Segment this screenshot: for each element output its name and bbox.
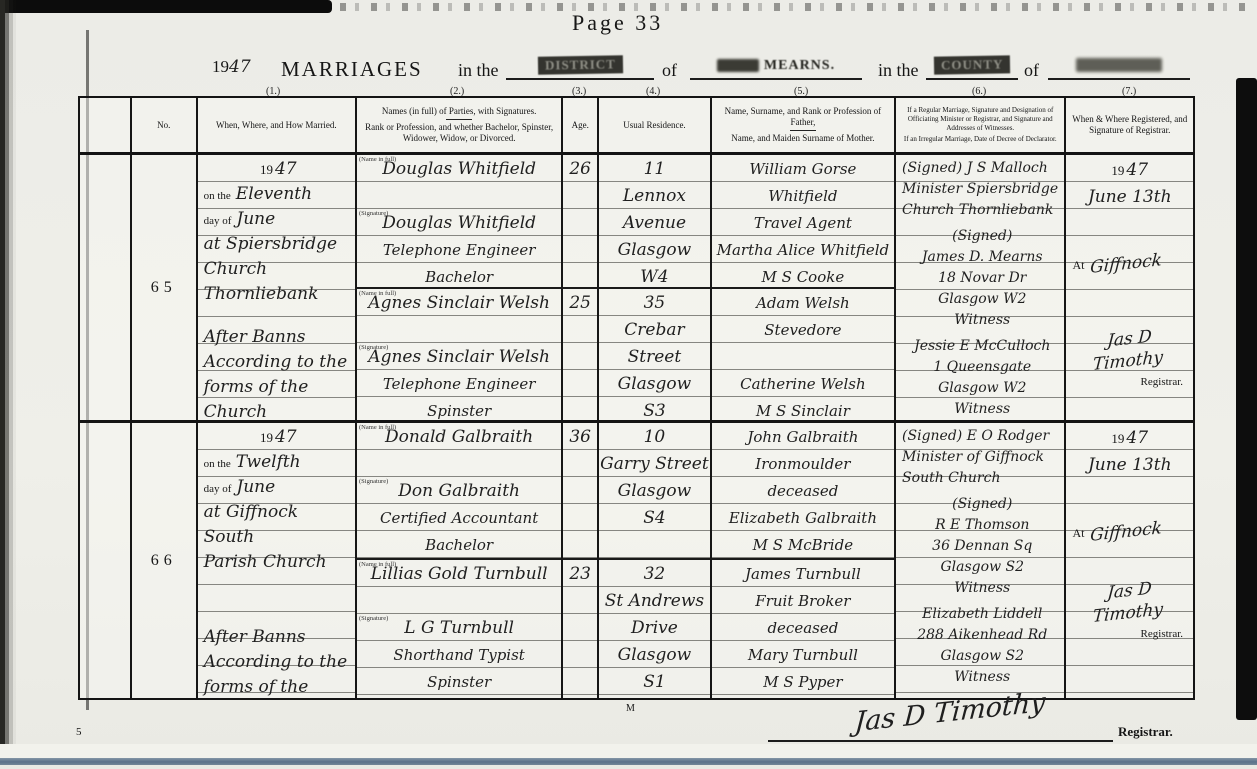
header-names-line1: Names (in full) of Parties, with Signatu… <box>382 106 536 117</box>
title-county-name-smudge <box>1076 58 1162 72</box>
year-prefix-printed: 19 <box>260 430 273 445</box>
bride-signature-line: (Signature)Agnes Sinclair Welsh <box>357 344 561 371</box>
registration-place-handwriting: Giffnock <box>1090 515 1164 550</box>
registrar-signature-handwriting: Jas D Timothy <box>1070 574 1190 614</box>
groom-signature-line: (Signature)Douglas Whitfield <box>357 210 561 237</box>
signature-printed-label: (Signature) <box>359 615 399 623</box>
age-cell-65: 26 25 <box>563 155 599 420</box>
bride-signature-line: (Signature)L G Turnbull <box>357 615 561 642</box>
bride-age-section: 23 <box>563 560 597 697</box>
header-cell-names: Names (in full) of Parties, with Signatu… <box>357 98 563 152</box>
registered-cell-65: 1947 June 13th AtGiffnock Jas D Timothy … <box>1066 155 1193 420</box>
marriage-place-handwriting: at Giffnock South Parish Church <box>204 500 353 575</box>
bride-age-section: 25 <box>563 289 597 420</box>
parents-cell-65: William Gorse Whitfield Travel Agent Mar… <box>712 155 896 420</box>
marriage-month-handwriting: June <box>236 209 275 229</box>
title-district-blank: DISTRICT <box>506 56 654 80</box>
footer-page-number: 5 <box>76 726 82 738</box>
header-parents-line1: Name, Surname, and Rank or Profession of… <box>715 106 891 128</box>
header-names-line2: Rank or Profession, and whether Bachelor… <box>360 122 558 144</box>
footer-registrar-printed-label: Registrar. <box>1118 724 1173 740</box>
title-of-1: of <box>662 60 677 81</box>
title-marriages: MARRIAGES <box>281 57 423 82</box>
witness1-handwriting: (Signed) R E Thomson 36 Dennan Sq Glasgo… <box>902 494 1062 599</box>
groom-name-handwriting: Douglas Whitfield <box>382 159 536 179</box>
title-year: 1947 <box>212 56 251 77</box>
header-rule <box>446 119 472 120</box>
marriage-month-handwriting: June <box>236 477 275 497</box>
header-cell-witnesses: If a Regular Marriage, Signature and Des… <box>896 98 1066 152</box>
title-of-2: of <box>1024 60 1039 81</box>
bride-parents-section: Adam Welsh Stevedore Catherine Welsh M S… <box>712 289 894 420</box>
on-the-printed-label: on the <box>204 458 231 470</box>
registered-cell-66: 1947 June 13th AtGiffnock Jas D Timothy … <box>1066 423 1193 698</box>
bride-names-section: (Name in full)Lillias Gold Turnbull (Sig… <box>357 560 561 697</box>
groom-name-handwriting: Donald Galbraith <box>385 427 533 447</box>
blank-line <box>357 317 561 344</box>
registration-year-handwriting: 47 <box>1126 160 1148 180</box>
registration-year-line: 1947 <box>1070 425 1189 452</box>
marriage-day-handwriting: Eleventh <box>236 184 312 204</box>
scan-artifact-top-bar <box>0 0 332 13</box>
bride-parents-handwriting: Adam Welsh Stevedore Catherine Welsh M S… <box>712 290 894 420</box>
groom-profession-handwriting: Telephone Engineer <box>357 237 561 264</box>
register-row-66: 66 1947 on theTwelfth day ofJune at Giff… <box>80 423 1193 698</box>
year-prefix-printed: 19 <box>1111 163 1124 178</box>
bride-profession-handwriting: Telephone Engineer <box>357 371 561 398</box>
header-cell-when: When, Where, and How Married. <box>198 98 357 152</box>
name-in-full-printed-label: (Name in full) <box>359 561 399 569</box>
registrar-printed-label: Registrar. <box>1070 623 1189 645</box>
groom-parents-handwriting: William Gorse Whitfield Travel Agent Mar… <box>712 156 894 291</box>
entry-year-line: 1947 <box>204 157 353 182</box>
marriage-day-handwriting: Twelfth <box>236 452 301 472</box>
groom-signature-handwriting: Douglas Whitfield <box>382 213 536 233</box>
header-cell-residence: Usual Residence. <box>599 98 712 152</box>
groom-names-section: (Name in full)Douglas Whitfield (Signatu… <box>357 155 561 289</box>
groom-parents-section: William Gorse Whitfield Travel Agent Mar… <box>712 155 894 289</box>
registration-date-handwriting: June 13th <box>1070 184 1189 211</box>
at-printed-label: At <box>1072 526 1084 540</box>
scanned-marriage-register-page: Page 33 1947 MARRIAGES in the DISTRICT o… <box>0 0 1257 769</box>
blank-line <box>357 451 561 478</box>
title-district-name-blank: MEARNS. <box>690 56 862 80</box>
title-county-name-blank <box>1048 56 1190 80</box>
bride-status-handwriting: Spinster <box>357 669 561 696</box>
day-of-printed-label: day of <box>204 483 232 495</box>
witness2-handwriting: Jessie E McCulloch 1 Queensgate Glasgow … <box>902 336 1062 420</box>
registrar-signature-handwriting: Jas D Timothy <box>1070 322 1190 362</box>
title-in-the-1: in the <box>458 60 499 81</box>
marriage-how-handwriting: After Banns According to the forms of th… <box>204 625 353 698</box>
header-cell-margin <box>80 98 132 152</box>
bride-residence-section: 32 St Andrews Drive Glasgow S1 <box>599 560 710 697</box>
header-cell-parents: Name, Surname, and Rank or Profession of… <box>712 98 896 152</box>
title-year-printed: 19 <box>212 57 229 76</box>
spacer <box>1070 211 1189 251</box>
groom-status-handwriting: Bachelor <box>357 264 561 291</box>
groom-residence-handwriting: 10 Garry Street Glasgow S4 <box>599 424 710 532</box>
bride-names-section: (Name in full)Agnes Sinclair Welsh (Sign… <box>357 289 561 420</box>
names-cell-66: (Name in full)Donald Galbraith (Signatur… <box>357 423 563 698</box>
minister-signature-handwriting: (Signed) J S Malloch Minister Spiersbrid… <box>902 158 1062 221</box>
day-of-printed-label: day of <box>204 215 232 227</box>
title-district-name: MEARNS. <box>764 58 835 74</box>
scan-artifact-top-speckle <box>340 3 1252 11</box>
groom-age-section: 36 <box>563 423 597 560</box>
bride-residence-handwriting: 35 Crebar Street Glasgow S3 <box>599 290 710 420</box>
header-rule <box>790 130 816 131</box>
scan-artifact-left-edge <box>0 0 16 752</box>
spacer <box>204 575 353 625</box>
groom-age-section: 26 <box>563 155 597 289</box>
groom-name-line: (Name in full)Douglas Whitfield <box>357 156 561 183</box>
name-in-full-printed-label: (Name in full) <box>359 156 399 164</box>
witness1-handwriting: (Signed) James D. Mearns 18 Novar Dr Gla… <box>902 226 1062 331</box>
witnesses-cell-65: (Signed) J S Malloch Minister Spiersbrid… <box>896 155 1066 420</box>
groom-parents-section: John Galbraith Ironmoulder deceased Eliz… <box>712 423 894 560</box>
on-the-line: on theTwelfth <box>204 450 353 475</box>
scan-artifact-bottom-margin <box>0 744 1257 758</box>
groom-residence-handwriting: 11 Lennox Avenue Glasgow W4 <box>599 156 710 291</box>
bride-age-handwriting: 25 <box>563 290 597 317</box>
spacer <box>204 307 353 325</box>
groom-names-section: (Name in full)Donald Galbraith (Signatur… <box>357 423 561 560</box>
when-where-how-cell-65: 1947 on theEleventh day ofJune at Spiers… <box>198 155 357 420</box>
bride-status-handwriting: Spinster <box>357 398 561 420</box>
name-in-full-printed-label: (Name in full) <box>359 424 399 432</box>
header-witnesses-line1: If a Regular Marriage, Signature and Des… <box>899 106 1061 132</box>
header-witnesses-line2: If an Irregular Marriage, Date of Decree… <box>904 135 1057 144</box>
on-the-printed-label: on the <box>204 190 231 202</box>
bride-name-line: (Name in full)Agnes Sinclair Welsh <box>357 290 561 317</box>
minister-signature-handwriting: (Signed) E O Rodger Minister of Giffnock… <box>902 426 1062 489</box>
residence-cell-66: 10 Garry Street Glasgow S4 32 St Andrews… <box>599 423 712 698</box>
groom-age-handwriting: 36 <box>563 424 597 451</box>
title-county-blank: COUNTY <box>926 56 1018 80</box>
blank-line <box>357 588 561 615</box>
registrar-printed-label: Registrar. <box>1070 371 1189 393</box>
bride-residence-section: 35 Crebar Street Glasgow S3 <box>599 289 710 420</box>
footer-mark: M <box>626 703 635 714</box>
year-prefix-printed: 19 <box>260 162 273 177</box>
spacer <box>1070 278 1189 328</box>
entry-number-66: 66 <box>132 423 198 698</box>
spacer <box>1070 479 1189 519</box>
blank-line <box>357 183 561 210</box>
day-of-line: day ofJune <box>204 207 353 232</box>
year-handwritten: 47 <box>275 427 297 447</box>
entry-year-line: 1947 <box>204 425 353 450</box>
groom-signature-handwriting: Don Galbraith <box>398 481 520 501</box>
bride-residence-handwriting: 32 St Andrews Drive Glasgow S1 <box>599 561 710 696</box>
margin-cell <box>80 155 132 420</box>
header-residence-label: Usual Residence. <box>623 120 685 131</box>
groom-residence-section: 10 Garry Street Glasgow S4 <box>599 423 710 560</box>
signature-printed-label: (Signature) <box>359 210 399 218</box>
title-in-the-2: in the <box>878 60 919 81</box>
register-row-65: 65 1947 on theEleventh day ofJune at Spi… <box>80 155 1193 423</box>
scan-artifact-right-edge <box>1236 78 1257 720</box>
when-where-how-cell-66: 1947 on theTwelfth day ofJune at Giffnoc… <box>198 423 357 698</box>
year-prefix-printed: 19 <box>1111 431 1124 446</box>
registered-at-line: AtGiffnock <box>1070 519 1189 546</box>
page-number-label: Page 33 <box>572 10 663 36</box>
groom-age-handwriting: 26 <box>563 156 597 183</box>
bride-signature-handwriting: L G Turnbull <box>404 618 514 638</box>
year-handwritten: 47 <box>275 159 297 179</box>
margin-cell <box>80 423 132 698</box>
witnesses-cell-66: (Signed) E O Rodger Minister of Giffnock… <box>896 423 1066 698</box>
header-cell-no: No. <box>132 98 198 152</box>
groom-residence-section: 11 Lennox Avenue Glasgow W4 <box>599 155 710 289</box>
name-in-full-printed-label: (Name in full) <box>359 290 399 298</box>
groom-signature-line: (Signature)Don Galbraith <box>357 478 561 505</box>
bride-parents-handwriting: James Turnbull Fruit Broker deceased Mar… <box>712 561 894 696</box>
registration-year-handwriting: 47 <box>1126 428 1148 448</box>
header-cell-age: Age. <box>563 98 599 152</box>
title-county-word-smudged: COUNTY <box>934 55 1011 74</box>
at-printed-label: At <box>1072 258 1084 272</box>
entry-number-65: 65 <box>132 155 198 420</box>
names-cell-65: (Name in full)Douglas Whitfield (Signatu… <box>357 155 563 420</box>
table-header-row: No. When, Where, and How Married. Names … <box>80 98 1193 155</box>
registered-at-line: AtGiffnock <box>1070 251 1189 278</box>
header-registered-label: When & Where Registered, and Signature o… <box>1069 114 1190 136</box>
on-the-line: on theEleventh <box>204 182 353 207</box>
title-year-handwritten: 47 <box>229 57 251 77</box>
day-of-line: day ofJune <box>204 475 353 500</box>
groom-status-handwriting: Bachelor <box>357 532 561 559</box>
header-parents-line2: Name, and Maiden Surname of Mother. <box>731 133 874 144</box>
residence-cell-65: 11 Lennox Avenue Glasgow W4 35 Crebar St… <box>599 155 712 420</box>
groom-name-line: (Name in full)Donald Galbraith <box>357 424 561 451</box>
bride-profession-handwriting: Shorthand Typist <box>357 642 561 669</box>
bride-name-line: (Name in full)Lillias Gold Turnbull <box>357 561 561 588</box>
header-no-label: No. <box>157 120 170 131</box>
signature-printed-label: (Signature) <box>359 344 399 352</box>
marriage-register-table: No. When, Where, and How Married. Names … <box>78 96 1195 700</box>
bride-age-handwriting: 23 <box>563 561 597 588</box>
registration-year-line: 1947 <box>1070 157 1189 184</box>
title-district-word-smudged: DISTRICT <box>537 55 622 74</box>
marriage-how-handwriting: After Banns According to the forms of th… <box>204 325 353 420</box>
bride-parents-section: James Turnbull Fruit Broker deceased Mar… <box>712 560 894 697</box>
title-district-name-smudge <box>717 59 759 72</box>
header-cell-registered: When & Where Registered, and Signature o… <box>1066 98 1193 152</box>
parents-cell-66: John Galbraith Ironmoulder deceased Eliz… <box>712 423 896 698</box>
age-cell-66: 36 23 <box>563 423 599 698</box>
groom-profession-handwriting: Certified Accountant <box>357 505 561 532</box>
header-when-label: When, Where, and How Married. <box>216 120 337 131</box>
scan-artifact-bottom-blue-line <box>0 758 1257 765</box>
marriage-place-handwriting: at Spiersbridge Church Thornliebank <box>204 232 353 307</box>
header-age-label: Age. <box>572 120 589 131</box>
signature-printed-label: (Signature) <box>359 478 399 486</box>
witness2-handwriting: Elizabeth Liddell 288 Aikenhead Rd Glasg… <box>902 604 1062 688</box>
registration-date-handwriting: June 13th <box>1070 452 1189 479</box>
groom-parents-handwriting: John Galbraith Ironmoulder deceased Eliz… <box>712 424 894 559</box>
registration-place-handwriting: Giffnock <box>1090 247 1164 282</box>
